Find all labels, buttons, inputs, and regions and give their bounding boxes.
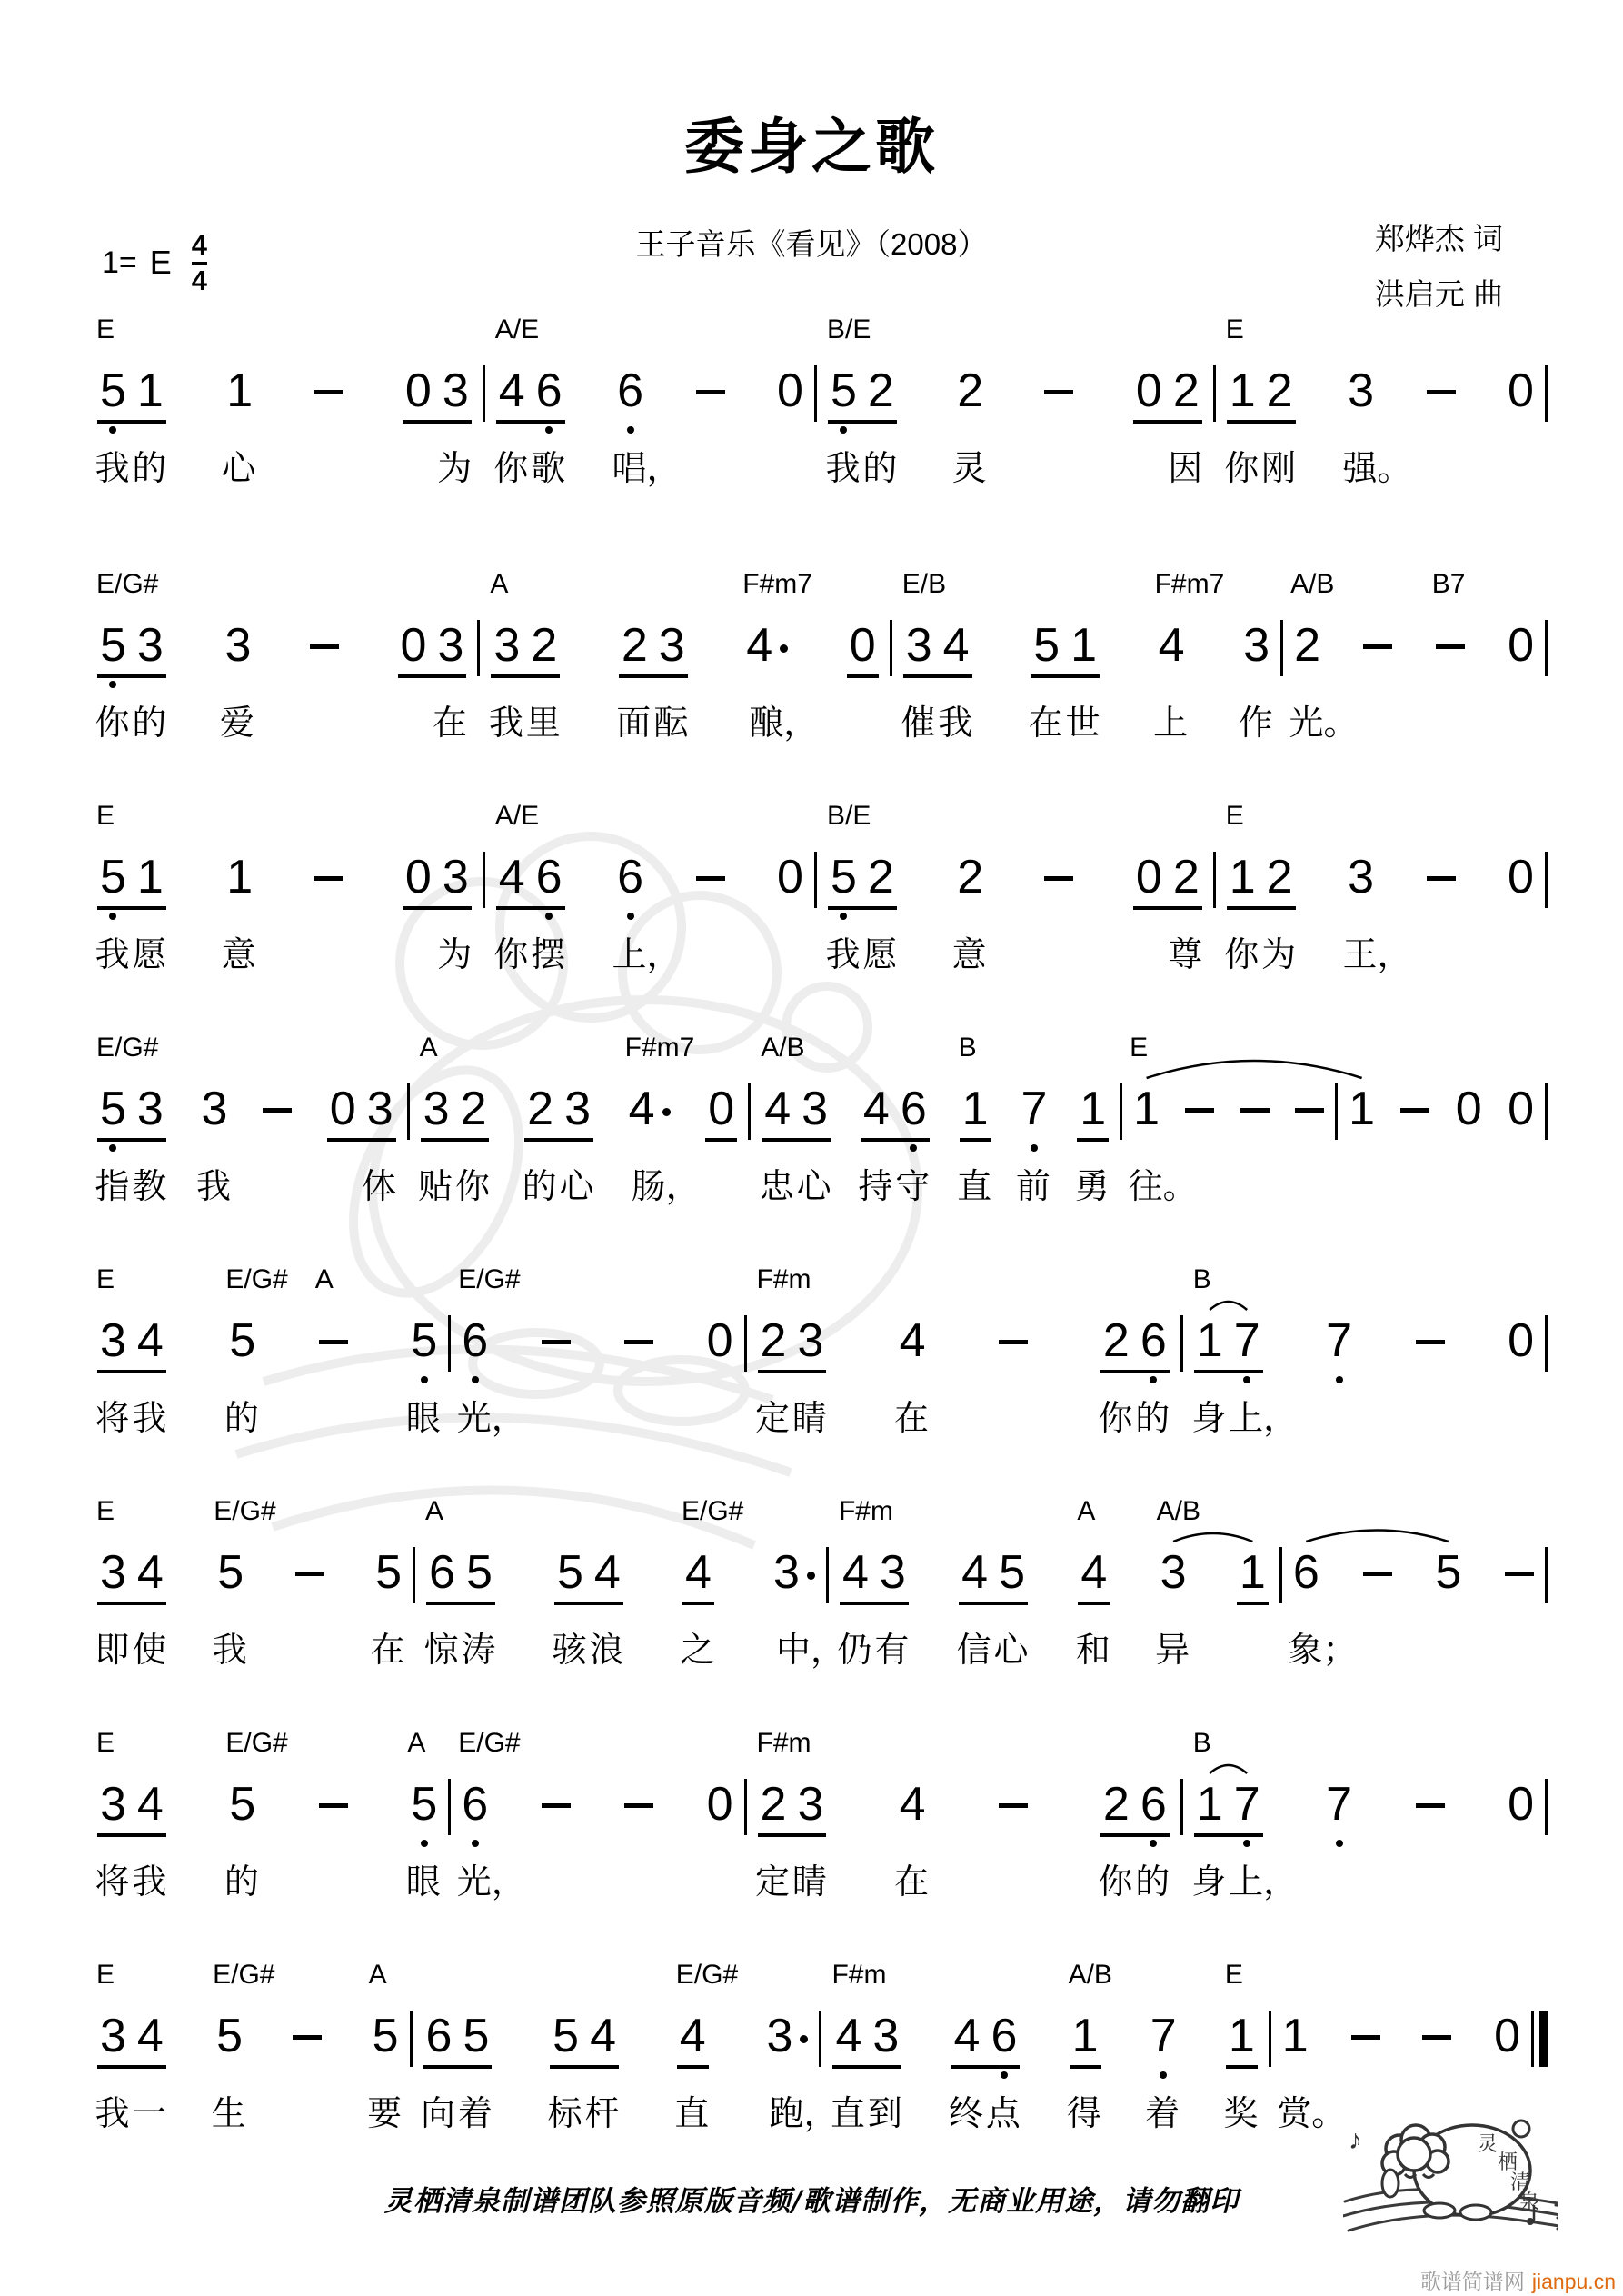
note-token: 2愿 — [868, 854, 894, 903]
note-group: 1心 — [226, 367, 253, 416]
lyric-syllable: 中， — [776, 1622, 845, 1672]
note-token: 3我 — [202, 1085, 228, 1134]
note-token: A/B4忠 — [764, 1085, 791, 1134]
notes-row: E3我4一E/G#5生A5要6向5着5标4杆E/G#4直3跑，F#m4直3到4终… — [86, 2012, 1548, 2084]
note-token: 6的 — [1140, 1317, 1167, 1366]
note-token: E/G#5的 — [229, 1781, 255, 1830]
beam-group: 1 — [1237, 1549, 1269, 1605]
note-group: 1意 — [226, 854, 253, 903]
measure: E/G#5你3的3爱03在 — [86, 622, 477, 694]
chord-label: B7 — [1432, 569, 1466, 600]
note-group: 7 — [1326, 1781, 1352, 1830]
time-signature: 4 4 — [192, 229, 207, 296]
key-signature: 1= E 4 4 — [102, 229, 207, 296]
dash-line — [696, 390, 725, 394]
score-line: E5我1愿1意03为A/E4你6摆6上，0B/E5我2愿2意02尊E1你2为3王… — [86, 779, 1548, 1011]
song-title: 委身之歌 — [0, 98, 1623, 185]
lyric-syllable: 歌 — [531, 440, 565, 490]
lyric-syllable: 为 — [437, 926, 472, 976]
lyric-syllable: 面 — [616, 694, 651, 744]
beam-group: E/G#5指3教 — [97, 1085, 166, 1142]
note-token: F#m2定 — [761, 1317, 787, 1366]
note-group — [1416, 1317, 1445, 1389]
dash-line — [696, 876, 725, 881]
lyric-syllable: 杆 — [585, 2085, 620, 2135]
note-token: 3睛 — [797, 1781, 823, 1830]
note-token: 4我 — [137, 1317, 164, 1366]
note-group: E/G#6光， — [462, 1781, 488, 1830]
measure: A/E4你6摆6上，0 — [485, 854, 814, 925]
rest-token: 0 — [330, 1085, 356, 1134]
note-group — [1044, 367, 1073, 439]
note-token: 2面 — [622, 622, 648, 671]
note-group — [1044, 854, 1073, 925]
note-token: E3即 — [100, 1549, 126, 1598]
low-octave-dot — [421, 1376, 428, 1383]
note-group: 7前 — [1021, 1085, 1047, 1134]
dash-token — [1427, 367, 1456, 439]
lyric-syllable: 标 — [548, 2085, 582, 2135]
lyric-syllable: 光。 — [1289, 694, 1359, 744]
score: E5我1的1心03为A/E4你6歌6唱，0B/E5我2的2灵02因E1你2刚3强… — [86, 293, 1548, 2170]
chord-label: E — [1225, 1960, 1243, 1991]
lyric-syllable: 作 — [1239, 694, 1273, 744]
dash-token — [1400, 1085, 1429, 1157]
note-group — [314, 854, 343, 925]
note-token: F#m74上 — [1159, 622, 1185, 671]
note-group — [1416, 1781, 1445, 1852]
score-line: E3我4一E/G#5生A5要6向5着5标4杆E/G#4直3跑，F#m4直3到4终… — [86, 1938, 1548, 2170]
chord-label: E — [1226, 801, 1244, 832]
rest-token: 0 — [707, 1781, 733, 1830]
measure: A6惊5涛5骇4浪E/G#4之3中， — [415, 1549, 826, 1605]
note-group — [263, 1085, 292, 1157]
chord-label: E/G# — [682, 1496, 743, 1527]
chord-label: A — [407, 1728, 425, 1759]
note-token: 5在 — [375, 1549, 402, 1598]
beam-group: E3即4使 — [97, 1549, 166, 1605]
lyric-syllable: 酿， — [749, 694, 818, 744]
note-group — [1185, 1085, 1214, 1157]
beam-group: 03体 — [327, 1085, 396, 1142]
lyric-syllable: 催 — [901, 694, 935, 744]
lyric-syllable: 守 — [895, 1158, 930, 1208]
final-barline — [1531, 2012, 1548, 2067]
rest-token: 0 — [1508, 622, 1534, 671]
lyric-syllable: 心 — [994, 1622, 1029, 1672]
lyric-syllable: 爱 — [220, 694, 254, 744]
dash-line — [1427, 876, 1456, 881]
note-token: 3有 — [880, 1549, 906, 1598]
lyric-syllable: 在 — [894, 1390, 929, 1440]
augmentation-dot — [800, 2035, 808, 2043]
beam-group: F#m4直3到 — [832, 2012, 901, 2069]
lyric-syllable: 我 — [196, 1158, 231, 1208]
note-token: 6向 — [426, 2012, 453, 2061]
beam-group: A4和 — [1078, 1549, 1110, 1605]
lyricist-credit: 郑烨杰 词 — [1375, 211, 1503, 266]
chord-label: A — [315, 1264, 334, 1295]
lyric-syllable: 心 — [797, 1158, 831, 1208]
lyric-syllable: 有 — [874, 1622, 909, 1672]
score-line: E/G#5指3教3我03体A3贴2你2的3心F#m74肠，0A/B4忠3心4持6… — [86, 1011, 1548, 1243]
note-group: 0 — [1508, 622, 1534, 671]
note-group: F#m74上 — [1159, 622, 1185, 671]
lyric-syllable: 生 — [212, 2085, 246, 2135]
dash-token — [263, 1085, 292, 1157]
lyric-syllable: 奖 — [1223, 2085, 1258, 2135]
chord-label: E — [96, 801, 115, 832]
note-token: E/G#4之 — [685, 1549, 712, 1598]
note-token: 6唱， — [617, 367, 643, 416]
lyric-syllable: 为 — [437, 440, 472, 490]
rest-token: 0 — [405, 367, 432, 416]
note-group — [310, 622, 339, 694]
beam-group: 4持6守 — [861, 1085, 930, 1142]
lyric-syllable: 贴 — [418, 1158, 453, 1208]
lyric-syllable: 身 — [1191, 1853, 1226, 1903]
chord-label: E — [1130, 1033, 1148, 1063]
lyric-syllable: 光， — [457, 1853, 526, 1903]
chord-label: E/B — [902, 569, 946, 600]
note-token: A6惊 — [429, 1549, 455, 1598]
note-group: A5要 — [373, 2012, 399, 2061]
chord-label: A/E — [495, 801, 539, 832]
dash-line — [314, 390, 343, 394]
note-token: 3爱 — [224, 622, 251, 671]
measure: E1你2为3王，0 — [1216, 854, 1545, 925]
chord-label: E/G# — [458, 1728, 520, 1759]
note-token: 1心 — [226, 367, 253, 416]
note-token: 2刚 — [1267, 367, 1293, 416]
lyric-syllable: 浪 — [589, 1622, 623, 1672]
note-token: 2的 — [527, 1085, 553, 1134]
note-token: F#m74肠， — [629, 1085, 671, 1134]
score-line: E5我1的1心03为A/E4你6歌6唱，0B/E5我2的2灵02因E1你2刚3强… — [86, 293, 1548, 524]
note-group — [624, 1781, 653, 1852]
lyric-syllable: 你 — [455, 1158, 490, 1208]
dash-line — [1416, 1340, 1445, 1344]
lyric-syllable: 心 — [560, 1158, 594, 1208]
lyric-syllable: 的 — [224, 1853, 259, 1903]
note-group: 5眼 — [411, 1317, 437, 1366]
note-group: 4在 — [900, 1317, 926, 1366]
lyric-syllable: 一 — [132, 2085, 166, 2135]
lyric-syllable: 使 — [132, 1622, 166, 1672]
note-token: A3贴 — [423, 1085, 450, 1134]
note-token: A3我 — [493, 622, 520, 671]
beam-group: E1你2为 — [1227, 854, 1296, 910]
note-group: 0 — [707, 1317, 733, 1366]
lyric-syllable: 直 — [831, 2085, 865, 2135]
beam-group: E/G#4之 — [682, 1549, 714, 1605]
lyric-syllable: 肠， — [632, 1158, 701, 1208]
note-group: 3我 — [202, 1085, 228, 1134]
note-token: E1往。 — [1133, 1085, 1160, 1134]
beam-group: E3将4我 — [97, 1781, 166, 1837]
barline — [1545, 1315, 1548, 1372]
note-token: 3酝 — [659, 622, 685, 671]
composer-credit: 洪启元 曲 — [1375, 266, 1503, 322]
dash-line — [310, 644, 339, 649]
dash-line — [624, 1803, 653, 1808]
beam-group: E5我1愿 — [97, 854, 166, 910]
measure: A3贴2你2的3心F#m74肠，0 — [410, 1085, 749, 1142]
sheep-ear — [1382, 2170, 1399, 2197]
lyric-syllable: 勇 — [1075, 1158, 1110, 1208]
dash-token — [696, 854, 725, 925]
augmentation-dot — [662, 1108, 671, 1116]
beam-group: E1奖 — [1226, 2012, 1258, 2069]
dash-token: B7 — [1436, 622, 1465, 694]
note-group — [293, 2012, 322, 2084]
note-group: 3跑， — [767, 2012, 809, 2061]
beam-group: E3我4一 — [97, 2012, 166, 2069]
dash-line — [1044, 390, 1073, 394]
note-token: A/B1得 — [1072, 2012, 1099, 2061]
rest-token: 0 — [405, 854, 432, 903]
chord-label: A/B — [761, 1033, 804, 1063]
lyric-syllable: 即 — [95, 1622, 129, 1672]
measure: E3将4我E/G#5的A5眼 — [86, 1317, 448, 1389]
note-token: E3我 — [100, 2012, 126, 2061]
lyric-syllable: 世 — [1066, 694, 1100, 744]
note-token: 6守 — [901, 1085, 927, 1134]
note-token: E1奖 — [1229, 2012, 1255, 2061]
note-group — [1295, 1085, 1324, 1157]
lyric-syllable: 的 — [1135, 1853, 1170, 1903]
dash-line — [263, 1108, 292, 1113]
rest-token: 0 — [401, 622, 427, 671]
beam-group: 1勇 — [1077, 1085, 1109, 1142]
lyric-syllable: 忠 — [760, 1158, 794, 1208]
note-token: E/G#5你 — [100, 622, 126, 671]
beam-group: 0 — [847, 622, 879, 678]
dash-line — [999, 1803, 1028, 1808]
dash-token — [542, 1781, 571, 1852]
note-group — [1422, 2012, 1451, 2084]
dash-token — [1240, 1085, 1270, 1157]
measure: 100 — [1338, 1085, 1545, 1157]
lyric-syllable: 你 — [1098, 1853, 1132, 1903]
measure: E/G#6光，0 — [451, 1781, 743, 1852]
logo-char-1: 灵 — [1478, 2132, 1498, 2155]
notes-row: E3即4使E/G#5我5在A6惊5涛5骇4浪E/G#4之3中，F#m4仍3有4信… — [86, 1549, 1548, 1621]
site-domain: jianpu.cn — [1532, 2270, 1616, 2293]
sheep-logo: 灵 栖 清 泉 ♪ — [1343, 2114, 1558, 2251]
note-group: 0 — [1494, 2012, 1520, 2061]
note-token: 4终 — [954, 2012, 981, 2061]
beam-group: A6惊5涛 — [426, 1549, 495, 1605]
note-token: B1身 — [1197, 1781, 1223, 1830]
notes-row: E5我1愿1意03为A/E4你6摆6上，0B/E5我2愿2意02尊E1你2为3王… — [86, 854, 1548, 925]
lyric-syllable: 异 — [1155, 1622, 1190, 1672]
dash-line — [999, 1340, 1028, 1344]
note-token: E/G#4直 — [680, 2012, 706, 2061]
meter-top: 4 — [192, 229, 207, 262]
rest-token: 0 — [1508, 1085, 1534, 1134]
lyric-syllable: 你 — [493, 440, 528, 490]
lyric-syllable: 里 — [526, 694, 561, 744]
note-token: A/B2光。 — [1294, 622, 1320, 671]
low-octave-dot — [1160, 2071, 1167, 2079]
note-token: 1意 — [226, 854, 253, 903]
note-group — [542, 1781, 571, 1852]
chord-label: B/E — [827, 314, 871, 345]
lyric-syllable: 骇 — [552, 1622, 586, 1672]
note-group: E/G#5的 — [229, 1781, 255, 1830]
dash-token — [1044, 854, 1073, 925]
chord-label: E — [1226, 314, 1244, 345]
note-group: E1往。 — [1133, 1085, 1160, 1134]
note-token: 3王， — [1348, 854, 1374, 903]
note-group: 7 — [1326, 1317, 1352, 1366]
note-token: 4一 — [137, 2012, 164, 2061]
chord-label: A — [369, 1960, 387, 1991]
barline — [1545, 1547, 1548, 1603]
lyric-syllable: 眼 — [406, 1853, 441, 1903]
note-token: 7着 — [1150, 2012, 1177, 2061]
note-group: A/B2光。 — [1294, 622, 1320, 671]
note-group — [1363, 1549, 1392, 1621]
note-token: 2尊 — [1173, 854, 1200, 903]
note-group — [999, 1317, 1028, 1389]
dash-line — [1295, 1108, 1324, 1113]
sheet-page: 委身之歌 王子音乐《看见》（2008） 郑烨杰 词 洪启元 曲 1= E 4 4… — [0, 0, 1623, 2296]
beam-group: B1身7上， — [1194, 1317, 1263, 1373]
lyric-syllable: 和 — [1076, 1622, 1110, 1672]
lyric-syllable: 着 — [1145, 2085, 1180, 2135]
note-token: 6的 — [1140, 1781, 1167, 1830]
low-octave-dot — [545, 426, 553, 434]
lyric-syllable: 将 — [95, 1390, 129, 1440]
lyric-syllable: 的 — [224, 1390, 259, 1440]
site-name: 歌谱简谱网 — [1420, 2270, 1525, 2293]
beam-group: B/E5我2愿 — [828, 854, 897, 910]
note-token: E/G#5我 — [217, 1549, 244, 1598]
measure: E3即4使E/G#5我5在 — [86, 1549, 413, 1621]
note-token: 2的 — [868, 367, 894, 416]
beam-group: E/B3催4我 — [903, 622, 972, 678]
note-token: 3的 — [137, 622, 164, 671]
note-token: 3为 — [443, 854, 469, 903]
low-octave-dot — [421, 1840, 428, 1847]
note-group: 0 — [777, 367, 803, 416]
note-token: 4浪 — [594, 1549, 621, 1598]
note-token: E/G#5的 — [229, 1317, 255, 1366]
measure: E/G#6光，0 — [451, 1317, 743, 1389]
dash-line — [1400, 1108, 1429, 1113]
note-token: 1赏。 — [1282, 2012, 1309, 2061]
lyric-syllable: 的 — [132, 440, 166, 490]
low-octave-dot — [109, 681, 116, 688]
low-octave-dot — [910, 1144, 917, 1152]
lyric-syllable: 我 — [95, 440, 129, 490]
lyric-syllable: 在 — [433, 694, 467, 744]
rest-token: 0 — [850, 622, 876, 671]
note-token: 2因 — [1173, 367, 1200, 416]
chord-label: B/E — [827, 801, 871, 832]
note-token: 7上， — [1234, 1781, 1260, 1830]
low-octave-dot — [109, 1144, 116, 1152]
dash-line — [1363, 644, 1392, 649]
beam-group: E1你2刚 — [1227, 367, 1296, 424]
lyric-syllable: 我 — [95, 2085, 129, 2135]
low-octave-dot — [472, 1840, 479, 1847]
measure: E/B3催4我5在1世F#m74上3作 — [892, 622, 1280, 678]
note-token: 4在 — [900, 1317, 926, 1366]
key-prefix: 1= — [102, 245, 137, 281]
measure: E3我4一E/G#5生A5要 — [86, 2012, 410, 2084]
dash-token: A — [319, 1317, 348, 1389]
beam-group: 5在1世 — [1031, 622, 1100, 678]
note-group — [1240, 1085, 1270, 1157]
lyric-syllable: 要 — [367, 2085, 402, 2135]
beam-group: 0 — [705, 1085, 737, 1142]
lyric-syllable: 你 — [1224, 440, 1259, 490]
dash-token — [1363, 622, 1392, 694]
note-group — [1363, 622, 1392, 694]
lyric-syllable: 之 — [680, 1622, 714, 1672]
beam-group: 03为 — [403, 854, 472, 910]
measure: F#m2定3睛4在2你6的 — [747, 1317, 1180, 1389]
beam-group: 5标4杆 — [550, 2012, 619, 2069]
measure: B1身7上，70 — [1183, 1317, 1545, 1389]
lyric-syllable: 向 — [421, 2085, 455, 2135]
dash-token — [1505, 1549, 1534, 1621]
note-group: 0 — [1508, 854, 1534, 903]
low-octave-dot — [840, 426, 847, 434]
note-token: F#m2定 — [761, 1781, 787, 1830]
note-token: 4信 — [961, 1549, 988, 1598]
music-note-icon: ♪ — [1349, 2125, 1362, 2155]
note-group: 6象； — [1293, 1549, 1319, 1598]
dash-line — [314, 876, 343, 881]
beam-group: 03在 — [398, 622, 467, 678]
note-token: F#m4仍 — [842, 1549, 869, 1598]
barline — [1545, 620, 1548, 676]
chord-label: E/G# — [213, 1960, 274, 1991]
low-octave-dot — [1243, 1376, 1250, 1383]
dash-line — [542, 1803, 571, 1808]
measure: B/E5我2的2灵02因 — [817, 367, 1213, 439]
note-token: 5 — [1435, 1549, 1461, 1598]
note-group: 3王， — [1348, 854, 1374, 903]
dash-token — [1295, 1085, 1324, 1157]
rest-token: 0 — [1508, 1317, 1534, 1366]
chord-label: F#m — [757, 1728, 811, 1759]
beam-group: 4信5心 — [959, 1549, 1028, 1605]
rest-token: 0 — [707, 1317, 733, 1366]
chord-label: F#m — [831, 1960, 886, 1991]
note-token: A5眼 — [411, 1781, 437, 1830]
augmentation-dot — [780, 644, 788, 653]
note-group: 0 — [777, 854, 803, 903]
rest-token: 0 — [1136, 854, 1162, 903]
lyric-syllable: 意 — [222, 926, 256, 976]
site-watermark: 歌谱简谱网jianpu.cn — [1420, 2265, 1616, 2295]
note-group: 0 — [1508, 367, 1534, 416]
measure: F#m4直3到4终6点A/B1得7着E1奖 — [821, 2012, 1268, 2069]
lyric-syllable: 愿 — [862, 926, 897, 976]
lyric-syllable: 将 — [95, 1853, 129, 1903]
note-token: F#m4直 — [835, 2012, 861, 2061]
lyric-syllable: 我 — [95, 926, 129, 976]
lyric-syllable: 强。 — [1343, 440, 1412, 490]
dash-line — [319, 1803, 348, 1808]
measure: F#m2定3睛4在2你6的 — [747, 1781, 1180, 1852]
lyric-syllable: 尊 — [1168, 926, 1202, 976]
